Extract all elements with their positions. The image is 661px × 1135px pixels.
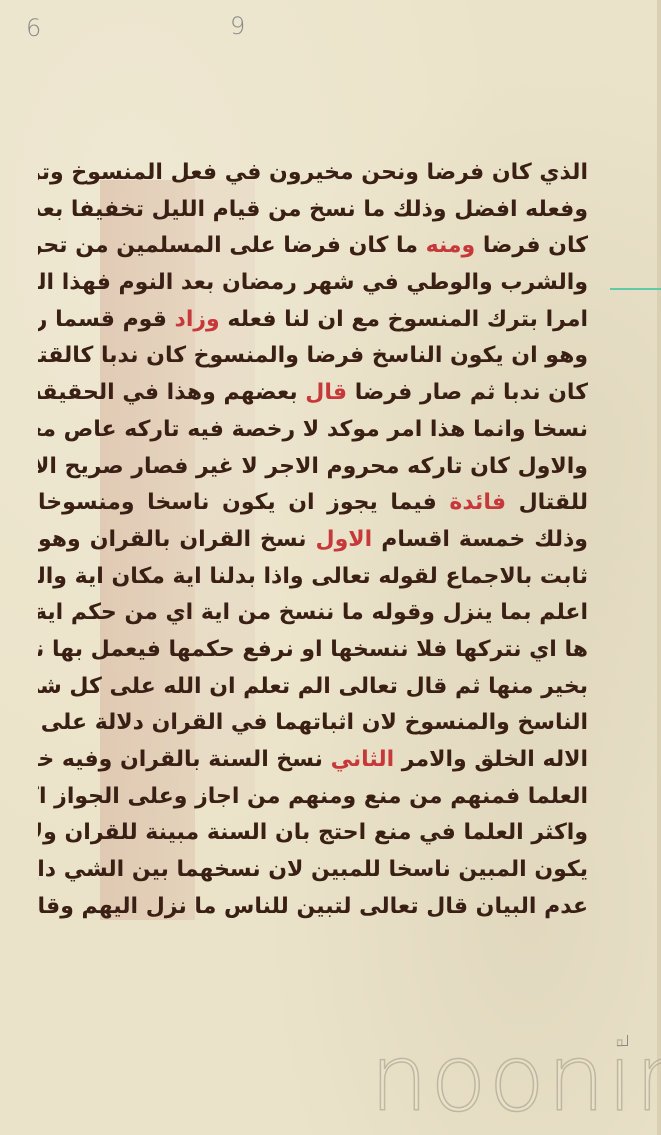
rubric-word: قال <box>305 380 347 405</box>
manuscript-line: نسخا وانما هذا امر موكد لا رخصة فيه تارك… <box>38 412 588 449</box>
text-segment: ما كان فرضا على المسلمين من تحريم الاكل <box>38 233 426 258</box>
text-segment: وفعله افضل وذلك ما نسخ من قيام الليل تخف… <box>38 197 588 222</box>
text-segment: فيما يجوز ان يكون ناسخا ومنسوخا <box>38 490 449 515</box>
text-segment: اعلم بما ينزل وقوله ما ننسخ من اية اي من… <box>38 600 588 625</box>
manuscript-line: وذلك خمسة اقسام الاول نسخ القران بالقران… <box>38 522 588 559</box>
manuscript-line: امرا بترك المنسوخ مع ان لنا فعله وزاد قو… <box>38 302 588 339</box>
rubric-word: الاول <box>316 527 373 552</box>
text-segment: الناسخ والمنسوخ لان اثباتهما في القران د… <box>38 710 588 735</box>
text-segment: امرا بترك المنسوخ مع ان لنا فعله <box>220 307 588 332</box>
rubric-word: وزاد <box>175 307 220 332</box>
manuscript-line: للقتال فائدة فيما يجوز ان يكون ناسخا ومن… <box>38 485 588 522</box>
folio-number-left: 6 <box>26 14 41 42</box>
manuscript-line: وهو ان يكون الناسخ فرضا والمنسوخ كان ندب… <box>38 338 588 375</box>
manuscript-line: يكون المبين ناسخا للمبين لان نسخهما بين … <box>38 852 588 889</box>
text-segment: ها اي نتركها فلا ننسخها او نرفع حكمها في… <box>38 637 588 662</box>
manuscript-line: كان ندبا ثم صار فرضا قال بعضهم وهذا في ا… <box>38 375 588 412</box>
manuscript-line: كان فرضا ومنه ما كان فرضا على المسلمين م… <box>38 228 588 265</box>
manuscript-text-block: الذي كان فرضا ونحن مخيرون في فعل المنسوخ… <box>38 155 588 925</box>
rubric-word: الثاني <box>331 747 395 772</box>
manuscript-line: العلما فمنهم من منع ومنهم من اجاز وعلى ا… <box>38 779 588 816</box>
text-segment: واكثر العلما في منع احتج بان السنة مبينة… <box>38 820 588 845</box>
watermark-logo: noonir <box>370 1025 661 1132</box>
manuscript-line: اعلم بما ينزل وقوله ما ننسخ من اية اي من… <box>38 595 588 632</box>
text-segment: العلما فمنهم من منع ومنهم من اجاز وعلى ا… <box>38 784 588 809</box>
manuscript-line: وفعله افضل وذلك ما نسخ من قيام الليل تخف… <box>38 192 588 229</box>
text-segment: والشرب والوطي في شهر رمضان بعد النوم فهذ… <box>38 270 588 295</box>
text-segment: الاله الخلق والامر <box>394 747 588 772</box>
text-segment: عدم البيان قال تعالى لتبين للناس ما نزل … <box>38 894 588 919</box>
manuscript-line: بخير منها ثم قال تعالى الم تعلم ان الله … <box>38 669 588 706</box>
text-segment: والاول كان تاركه محروم الاجر لا غير فصار… <box>38 454 588 479</box>
manuscript-page: 6 9 الذي كان فرضا ونحن مخيرون في فعل الم… <box>0 0 661 1135</box>
text-segment: نسخا وانما هذا امر موكد لا رخصة فيه تارك… <box>38 417 588 442</box>
manuscript-line: الاله الخلق والامر الثاني نسخ السنة بالق… <box>38 742 588 779</box>
manuscript-line: والاول كان تاركه محروم الاجر لا غير فصار… <box>38 449 588 486</box>
text-segment: كان ندبا ثم صار فرضا <box>347 380 588 405</box>
manuscript-line: ها اي نتركها فلا ننسخها او نرفع حكمها في… <box>38 632 588 669</box>
text-segment: الذي كان فرضا ونحن مخيرون في فعل المنسوخ… <box>38 160 588 185</box>
manuscript-line: عدم البيان قال تعالى لتبين للناس ما نزل … <box>38 889 588 926</box>
rubric-word: فائدة <box>449 490 506 515</box>
text-segment: ثابت بالاجماع لقوله تعالى واذا بدلنا اية… <box>38 564 588 589</box>
rubric-word: ومنه <box>426 233 476 258</box>
text-segment: نسخ القران بالقران وهو <box>38 527 316 552</box>
margin-mark <box>610 288 661 290</box>
text-segment: قوم قسما رابعا <box>38 307 175 332</box>
text-segment: بعضهم وهذا في الحقيقة لا يسمى <box>38 380 305 405</box>
text-segment: كان فرضا <box>475 233 588 258</box>
manuscript-line: الذي كان فرضا ونحن مخيرون في فعل المنسوخ… <box>38 155 588 192</box>
manuscript-line: واكثر العلما في منع احتج بان السنة مبينة… <box>38 815 588 852</box>
text-segment: للقتال <box>506 490 588 515</box>
text-segment: وهو ان يكون الناسخ فرضا والمنسوخ كان ندب… <box>38 343 588 368</box>
text-segment: يكون المبين ناسخا للمبين لان نسخهما بين … <box>38 857 588 882</box>
text-segment: نسخ السنة بالقران وفيه خلاف بين <box>38 747 331 772</box>
manuscript-line: الناسخ والمنسوخ لان اثباتهما في القران د… <box>38 705 588 742</box>
manuscript-line: والشرب والوطي في شهر رمضان بعد النوم فهذ… <box>38 265 588 302</box>
folio-number-center: 9 <box>230 12 245 40</box>
manuscript-line: ثابت بالاجماع لقوله تعالى واذا بدلنا اية… <box>38 559 588 596</box>
text-segment: وذلك خمسة اقسام <box>372 527 588 552</box>
text-segment: بخير منها ثم قال تعالى الم تعلم ان الله … <box>38 674 588 699</box>
page-edge <box>657 0 661 1135</box>
